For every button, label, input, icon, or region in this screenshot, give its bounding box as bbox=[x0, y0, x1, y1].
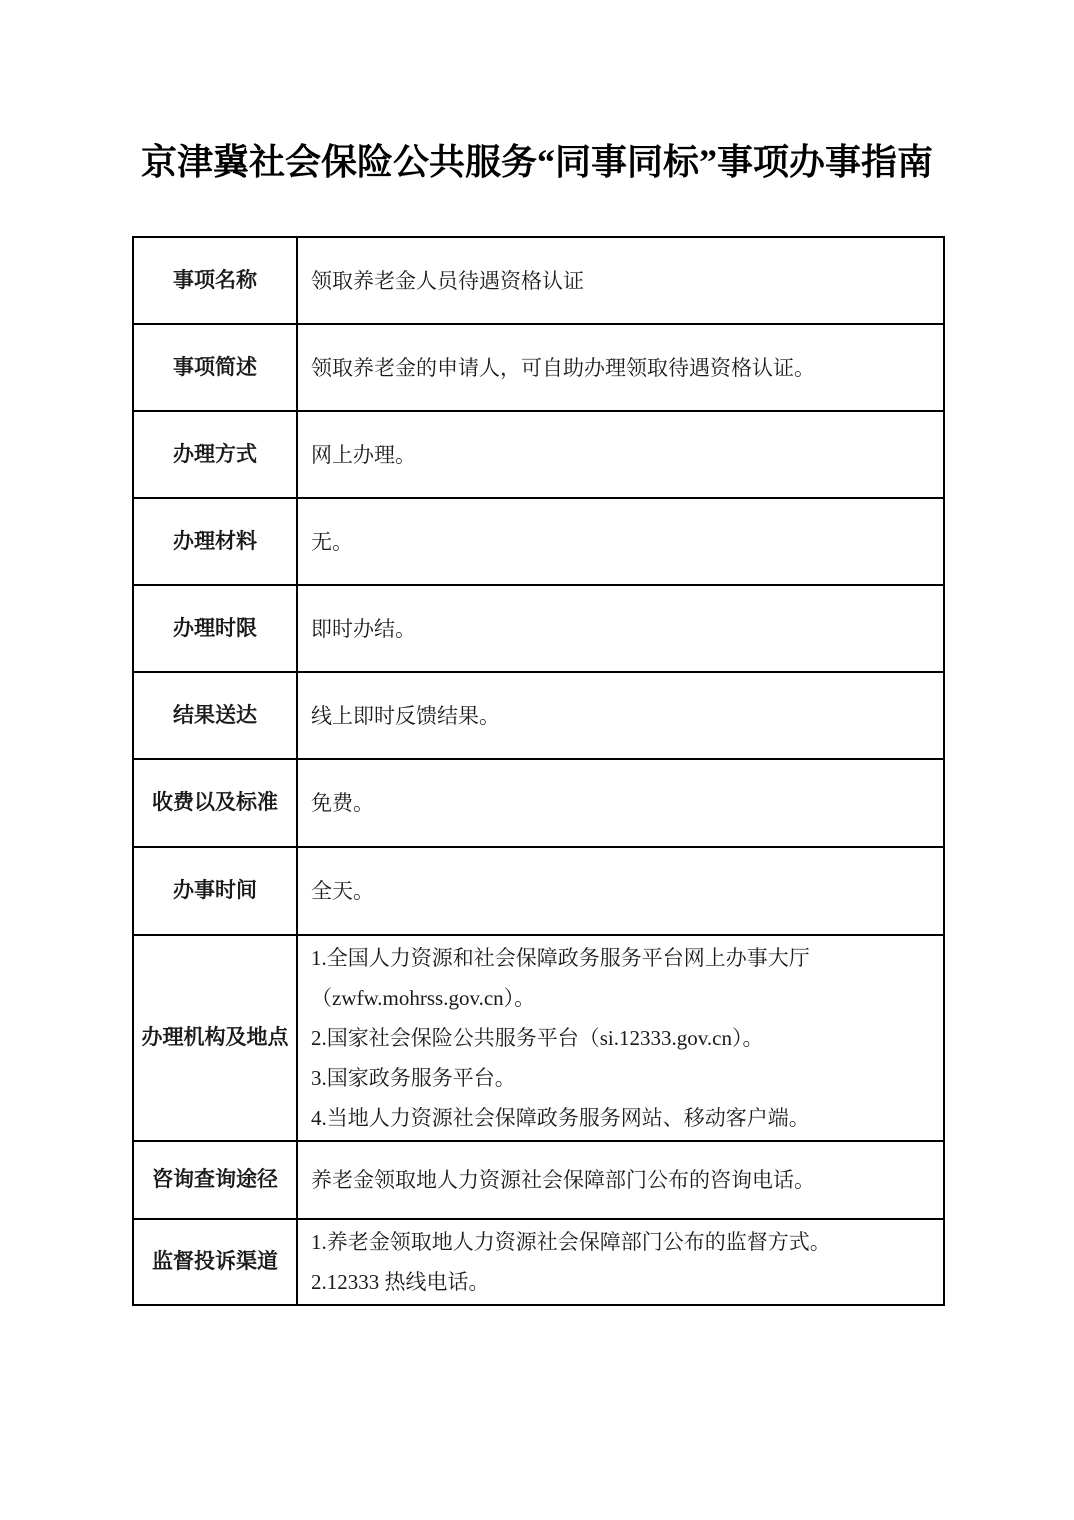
table-row: 收费以及标准 免费。 bbox=[133, 759, 944, 847]
row-value: 领取养老金人员待遇资格认证 bbox=[297, 237, 944, 324]
guide-table: 事项名称 领取养老金人员待遇资格认证 事项简述 领取养老金的申请人，可自助办理领… bbox=[132, 236, 945, 1306]
row-value: 养老金领取地人力资源社会保障部门公布的咨询电话。 bbox=[297, 1141, 944, 1219]
row-label: 结果送达 bbox=[133, 672, 297, 759]
row-value: 1.养老金领取地人力资源社会保障部门公布的监督方式。 2.12333 热线电话。 bbox=[297, 1219, 944, 1305]
row-value: 免费。 bbox=[297, 759, 944, 847]
table-row: 监督投诉渠道 1.养老金领取地人力资源社会保障部门公布的监督方式。 2.1233… bbox=[133, 1219, 944, 1305]
row-value: 网上办理。 bbox=[297, 411, 944, 498]
table-row: 结果送达 线上即时反馈结果。 bbox=[133, 672, 944, 759]
table-row: 咨询查询途径 养老金领取地人力资源社会保障部门公布的咨询电话。 bbox=[133, 1141, 944, 1219]
page: 京津冀社会保险公共服务“同事同标”事项办事指南 事项名称 领取养老金人员待遇资格… bbox=[0, 0, 1074, 1520]
table-row: 办理材料 无。 bbox=[133, 498, 944, 585]
row-label: 办理时限 bbox=[133, 585, 297, 672]
row-value: 领取养老金的申请人，可自助办理领取待遇资格认证。 bbox=[297, 324, 944, 411]
row-value: 无。 bbox=[297, 498, 944, 585]
table-row: 办理方式 网上办理。 bbox=[133, 411, 944, 498]
table-row: 事项简述 领取养老金的申请人，可自助办理领取待遇资格认证。 bbox=[133, 324, 944, 411]
row-value: 1.全国人力资源和社会保障政务服务平台网上办事大厅 （zwfw.mohrss.g… bbox=[297, 935, 944, 1141]
row-value: 即时办结。 bbox=[297, 585, 944, 672]
row-label: 办理材料 bbox=[133, 498, 297, 585]
row-label: 咨询查询途径 bbox=[133, 1141, 297, 1219]
table-row: 办理时限 即时办结。 bbox=[133, 585, 944, 672]
row-label: 事项名称 bbox=[133, 237, 297, 324]
row-label: 办理方式 bbox=[133, 411, 297, 498]
row-label: 收费以及标准 bbox=[133, 759, 297, 847]
row-label: 监督投诉渠道 bbox=[133, 1219, 297, 1305]
table-row: 事项名称 领取养老金人员待遇资格认证 bbox=[133, 237, 944, 324]
row-label: 办理机构及地点 bbox=[133, 935, 297, 1141]
row-label: 事项简述 bbox=[133, 324, 297, 411]
row-value: 线上即时反馈结果。 bbox=[297, 672, 944, 759]
document-title: 京津冀社会保险公共服务“同事同标”事项办事指南 bbox=[0, 138, 1074, 187]
row-value: 全天。 bbox=[297, 847, 944, 935]
table-row: 办事时间 全天。 bbox=[133, 847, 944, 935]
table-row: 办理机构及地点 1.全国人力资源和社会保障政务服务平台网上办事大厅 （zwfw.… bbox=[133, 935, 944, 1141]
row-label: 办事时间 bbox=[133, 847, 297, 935]
